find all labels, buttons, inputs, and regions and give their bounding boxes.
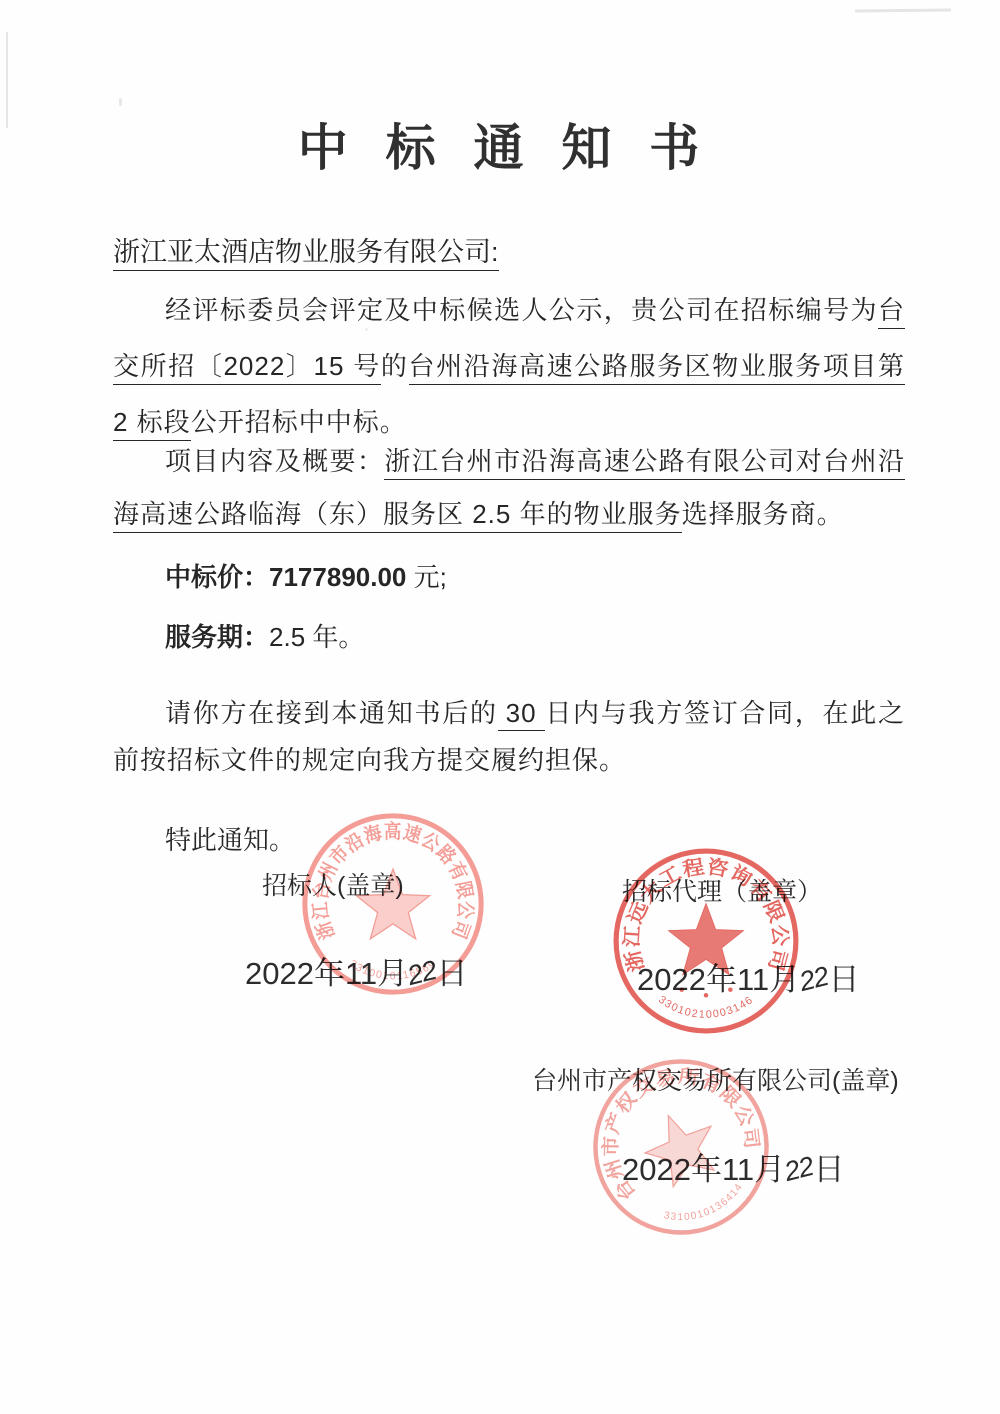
bidder-date: 2022年11月22日 — [245, 948, 467, 993]
term-value: 2.5 年。 — [269, 622, 364, 652]
scan-artifact — [855, 8, 951, 12]
price-value: 7177890.00 — [269, 562, 406, 592]
p3-pre: 请你方在接到本通知书后的 — [165, 698, 498, 728]
service-term-line: 服务期：2.5 年。 — [113, 617, 905, 654]
closing-line: 特此通知。 — [113, 820, 905, 857]
p1-mid: 的 — [381, 351, 409, 381]
agent-date: 2022年11月22日 — [637, 954, 859, 999]
award-price-line: 中标价：7177890.00 元; — [113, 557, 905, 594]
p1-pre: 经评标委员会评定及中标候选人公示，贵公司在招标编号为 — [165, 295, 878, 325]
summary-label: 项目内容及概要： — [165, 446, 384, 476]
agent-date-post: 日 — [828, 962, 859, 997]
bidder-date-post: 日 — [436, 956, 467, 991]
agent-company-stamp: 浙江远大工程咨询有限公司 33010210003146 — [603, 838, 809, 1044]
p1-post: 公开招标中中标。 — [191, 407, 407, 437]
recipient-company: 浙江亚太酒店物业服务有限公司: — [113, 237, 499, 271]
project-summary-paragraph: 项目内容及概要：浙江台州市沿海高速公路有限公司对台州沿海高速公路临海（东）服务区… — [113, 435, 905, 541]
price-unit: 元; — [406, 562, 446, 592]
exchange-date-post: 日 — [813, 1152, 844, 1187]
deadline-days: 30 — [498, 698, 545, 731]
term-label: 服务期： — [165, 622, 269, 652]
recipient-line: 浙江亚太酒店物业服务有限公司: — [113, 230, 499, 269]
exchange-date-day-handwritten: 22 — [781, 1150, 816, 1188]
exchange-date: 2022年11月22日 — [622, 1144, 844, 1189]
agent-date-pre: 2022年11月 — [637, 962, 800, 997]
agent-date-day-handwritten: 22 — [796, 960, 831, 998]
exchange-seal-label: 台州市产权交易所有限公司(盖章) — [532, 1061, 899, 1097]
award-notice-page: 中 标 通 知 书 浙江亚太酒店物业服务有限公司: 经评标委员会评定及中标候选人… — [0, 0, 1000, 1414]
summary-post: 选择服务商。 — [682, 499, 844, 529]
contract-deadline-paragraph: 请你方在接到本通知书后的30日内与我方签订合同，在此之前按招标文件的规定向我方提… — [113, 690, 905, 784]
page-title: 中 标 通 知 书 — [0, 108, 1000, 180]
award-paragraph: 经评标委员会评定及中标候选人公示，贵公司在招标编号为台交所招〔2022〕15 号… — [113, 282, 905, 450]
price-label: 中标价： — [165, 562, 269, 592]
agent-seal-label: 招标代理（盖章） — [622, 872, 822, 908]
exchange-date-pre: 2022年11月 — [622, 1152, 785, 1187]
bidder-seal-label: 招标人(盖章) — [262, 866, 404, 902]
bidder-date-day-handwritten: 22 — [404, 954, 439, 992]
bidder-date-pre: 2022年11月 — [245, 956, 408, 991]
scan-artifact — [119, 98, 122, 106]
